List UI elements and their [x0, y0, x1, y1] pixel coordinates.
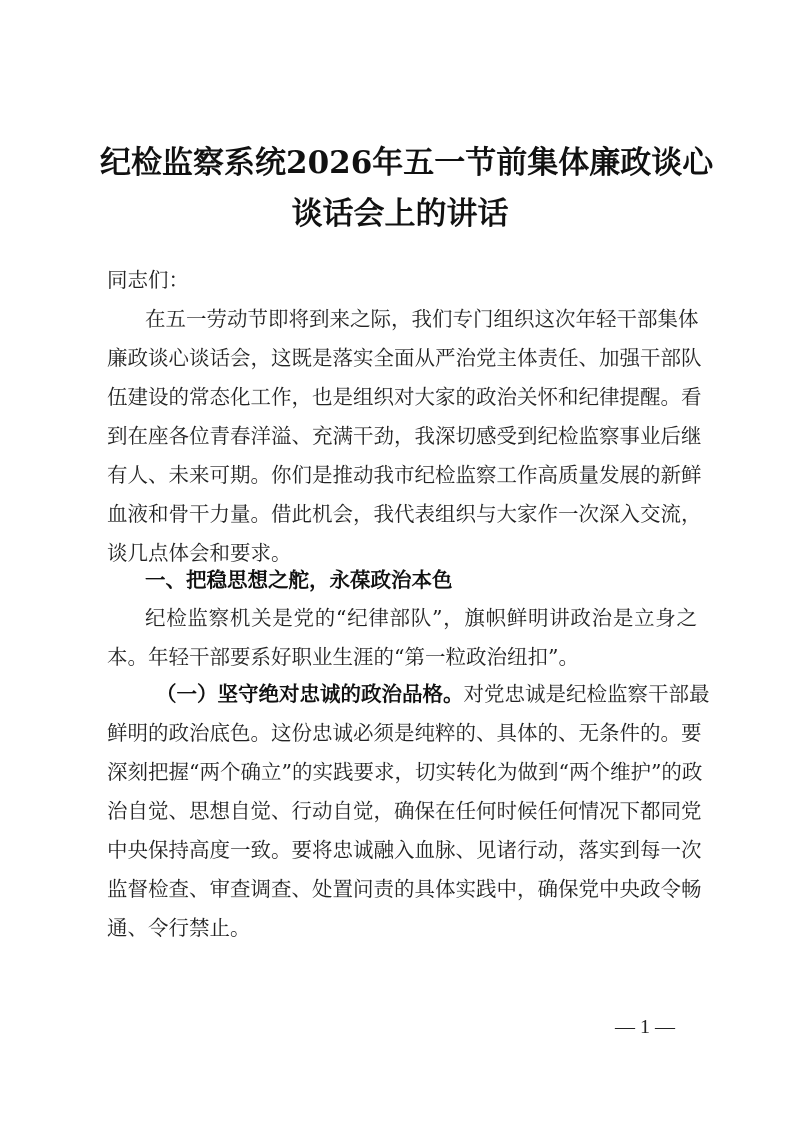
document-page: 纪检监察系统2026年五一节前集体廉政谈心 谈话会上的讲话 同志们： 在五一劳动… — [0, 0, 793, 1122]
subsection-1-heading: （一）坚守绝对忠诚的政治品格。 — [156, 682, 464, 706]
subsection-1-line-3: 深刻把握“两个确立”的实践要求，切实转化为做到“两个维护”的政 — [107, 760, 697, 784]
document-title-line-2: 谈话会上的讲话 — [100, 199, 700, 230]
subsection-1-first-line-text: 对党忠诚是纪检监察干部最 — [464, 682, 710, 706]
section1-para-line-2: 本。年轻干部要系好职业生涯的“第一粒政治纽扣”。 — [107, 645, 697, 669]
subsection-1-line-6: 监督检查、审查调查、处置问责的具体实践中，确保党中央政令畅 — [107, 877, 697, 901]
document-title-line-1: 纪检监察系统2026年五一节前集体廉政谈心 — [100, 148, 700, 179]
section-heading-1: 一、把稳思想之舵，永葆政治本色 — [145, 568, 453, 592]
subsection-1-first-line: （一）坚守绝对忠诚的政治品格。对党忠诚是纪检监察干部最 — [156, 682, 697, 706]
page-number: — 1 — — [610, 1015, 680, 1039]
subsection-1-line-4: 治自觉、思想自觉、行动自觉，确保在任何时候任何情况下都同党 — [107, 799, 697, 823]
intro-line-5: 有人、未来可期。你们是推动我市纪检监察工作高质量发展的新鲜 — [107, 463, 697, 487]
intro-line-2: 廉政谈心谈话会，这既是落实全面从严治党主体责任、加强干部队 — [107, 346, 697, 370]
subsection-1-line-2: 鲜明的政治底色。这份忠诚必须是纯粹的、具体的、无条件的。要 — [107, 721, 697, 745]
intro-line-7: 谈几点体会和要求。 — [107, 541, 697, 565]
subsection-1-line-7: 通、令行禁止。 — [107, 916, 697, 940]
intro-line-6: 血液和骨干力量。借此机会，我代表组织与大家作一次深入交流， — [107, 502, 697, 526]
intro-line-1: 在五一劳动节即将到来之际，我们专门组织这次年轻干部集体 — [145, 307, 697, 331]
section1-para-line-1: 纪检监察机关是党的“纪律部队”，旗帜鲜明讲政治是立身之 — [145, 606, 697, 630]
intro-line-4: 到在座各位青春洋溢、充满干劲，我深切感受到纪检监察事业后继 — [107, 424, 697, 448]
intro-line-3: 伍建设的常态化工作，也是组织对大家的政治关怀和纪律提醒。看 — [107, 385, 697, 409]
subsection-1-line-5: 中央保持高度一致。要将忠诚融入血脉、见诸行动，落实到每一次 — [107, 838, 697, 862]
salutation: 同志们： — [107, 268, 697, 292]
